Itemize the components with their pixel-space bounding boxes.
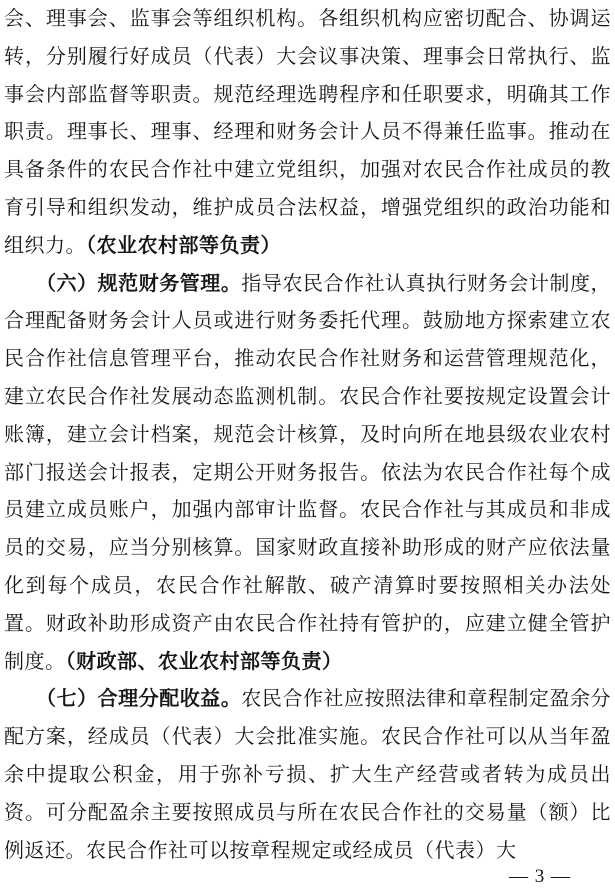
page-number: — 3 — xyxy=(509,866,571,888)
document-page: 会、理事会、监事会等组织机构。各组织机构应密切配合、协调运转，分别履行好成员（代… xyxy=(0,0,615,894)
paragraph-text: 农民合作社应按照法律和章程制定盈余分配方案，经成员（代表）大会批准实施。农民合作… xyxy=(4,688,611,861)
section-heading-7: （七）合理分配收益。 xyxy=(36,688,241,710)
paragraph-text: 会、理事会、监事会等组织机构。各组织机构应密切配合、协调运转，分别履行好成员（代… xyxy=(4,8,611,257)
body-paragraph-section-6: （六）规范财务管理。指导农民合作社认真执行财务会计制度，合理配备财务会计人员或进… xyxy=(4,266,611,682)
paragraph-text: 指导农民合作社认真执行财务会计制度，合理配备财务会计人员或进行财务委托代理。鼓励… xyxy=(4,273,611,673)
section-heading-6: （六）规范财务管理。 xyxy=(36,273,241,295)
body-paragraph-section-7: （七）合理分配收益。农民合作社应按照法律和章程制定盈余分配方案，经成员（代表）大… xyxy=(4,681,611,870)
body-paragraph-continuation: 会、理事会、监事会等组织机构。各组织机构应密切配合、协调运转，分别履行好成员（代… xyxy=(4,1,611,266)
responsibility-note: （财政部、农业农村部等负责） xyxy=(66,651,343,673)
responsibility-note: （农业农村部等负责） xyxy=(86,235,281,257)
